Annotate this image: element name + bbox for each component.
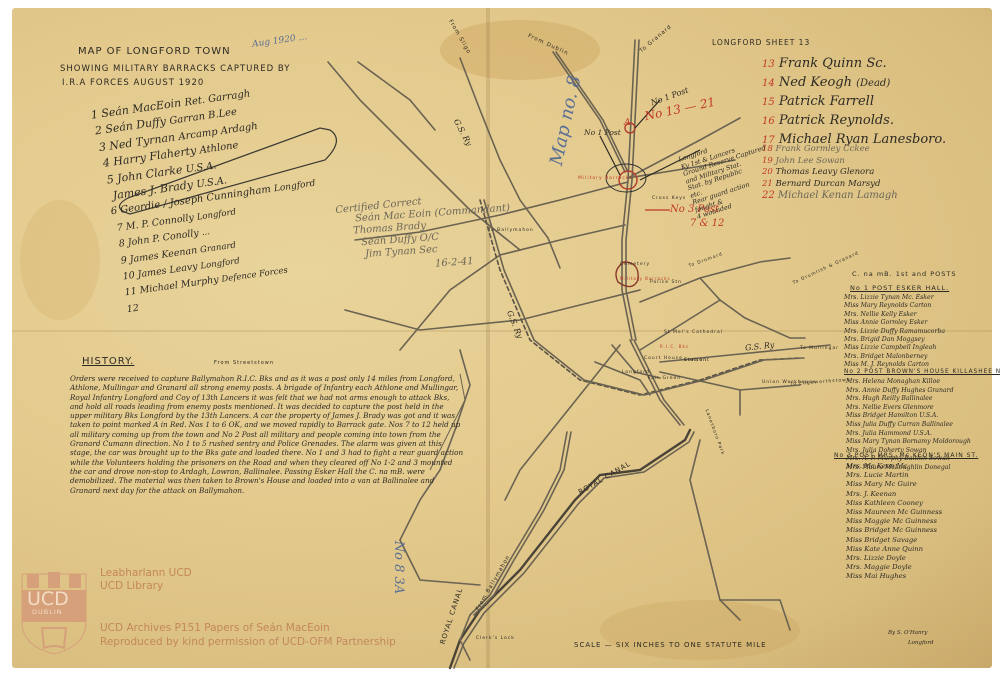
member-item: Miss Mai Hughes <box>846 572 942 581</box>
member-item: Miss Mary Tynan Bornamy Moldorough <box>846 438 971 447</box>
label-cemetery: Cemetery <box>620 262 650 267</box>
label-military-barracks: Military Barracks <box>578 176 633 181</box>
member-item: Mrs. Bridget Malonberney <box>844 353 945 361</box>
member-item: Miss Julia Duffy Curran Ballinalee <box>846 421 971 430</box>
member-item: Miss Bridget Mc Guinness <box>846 526 942 535</box>
member-item: Mrs. Lizzie Tynan Mc. Esker <box>844 294 945 302</box>
label-point-a: A <box>624 118 631 128</box>
roster-right-faint: 18 Frank Gormley Cckee 19 John Lee Sowan… <box>762 144 898 202</box>
post1-members: Mrs. Lizzie Tynan Mc. Esker Miss Mary Re… <box>844 294 945 370</box>
roster-row: 14 Ned Keogh (Dead) <box>762 74 946 93</box>
post3-members: Mrs. Mc Keon Mc Mrs. Lucie Martin Miss M… <box>846 462 942 582</box>
label-court-house: Court House <box>644 356 683 361</box>
sheet-label: LONGFORD SHEET 13 <box>712 38 810 47</box>
member-item: Mrs. Nellie Kelly Esker <box>844 311 945 319</box>
member-item: Mrs. J. Keenan <box>846 490 942 499</box>
member-item: Mrs. Lizzie Duffy Ramamucorba <box>844 328 945 336</box>
certification-block: Certified Correct Seán Mac Eoin (Command… <box>335 196 510 268</box>
history-text: Orders were received to capture Ballymah… <box>70 374 465 495</box>
member-item: Mrs. Julia Hammond U.S.A. <box>846 430 971 439</box>
roster-right: 13 Frank Quinn Sc. 14 Ned Keogh (Dead) 1… <box>762 55 946 150</box>
label-cross-keys: Cross Keys <box>652 196 686 201</box>
member-item: Mrs. Mc Keon Mc <box>846 462 942 471</box>
member-item: Miss Bridget Savage <box>846 536 942 545</box>
history-side-label: From Streetstown <box>214 360 274 366</box>
label-to-mullingar: To Mullingar <box>800 346 839 351</box>
signature-line-2: Longford <box>908 640 934 646</box>
member-item: Mrs. Lucie Martin <box>846 471 942 480</box>
credit-library-irish: Leabharlann UCD <box>100 567 192 579</box>
map-title: MAP OF LONGFORD TOWN <box>78 46 231 57</box>
history-heading: HISTORY. <box>82 356 134 367</box>
credit-archive-line: UCD Archives P151 Papers of Seán MacEoin <box>100 622 330 634</box>
label-to-ballymahon: To Ballymahon <box>488 228 534 233</box>
label-fair-green: Fair Green <box>648 376 681 381</box>
roster-left: 1 Seán MacEoin Ret. Garragh 2 Seán Duffy… <box>90 92 316 304</box>
member-item: Mrs. Nellie Evers Glenmore <box>846 404 971 413</box>
label-convent: Convent <box>684 358 710 363</box>
member-item: Miss Mary Mc Guire <box>846 480 942 489</box>
label-police: Police Stn <box>650 280 682 285</box>
label-st-mels: St Mel's Cathedral <box>664 330 723 335</box>
member-item: Miss Mary Reynolds Carton <box>844 302 945 310</box>
label-union-workhouse: Union Workhouse <box>762 380 816 385</box>
member-item: Mrs. Annie Duffy Hughes Granard <box>846 387 971 396</box>
credit-library-english: UCD Library <box>100 580 163 592</box>
roster-row: 19 John Lee Sowan <box>762 156 898 168</box>
cumann-title: C. na mB. 1st and POSTS <box>852 270 956 278</box>
post2-heading: No 2 POST BROWN'S HOUSE KILLASHEE No 4 <box>844 369 1000 375</box>
member-item: Miss Kathleen Cooney <box>846 499 942 508</box>
roster-row: 13 Frank Quinn Sc. <box>762 55 946 74</box>
member-item: Mrs. Brigid Dan Moggsey <box>844 336 945 344</box>
post3-heading: No 3 POST MRS. Mc KEON'S MAIN ST. <box>834 452 978 459</box>
road-from-ballymahon <box>470 432 567 615</box>
member-item: Miss Bridget Hamilton U.S.A. <box>846 412 971 421</box>
roster-row: 18 Frank Gormley Cckee <box>762 144 898 156</box>
credit-permission-line: Reproduced by kind permission of UCD-OFM… <box>100 636 396 648</box>
label-longford: Longford <box>622 370 650 375</box>
roster-row: 22 Michael Kenan Lamagh <box>762 190 898 202</box>
label-clerks-lock: Clerk's Lock <box>476 636 515 641</box>
roster-row: 21 Bernard Durcan Marsyd <box>762 179 898 191</box>
member-item: Mrs. Helena Monaghan Killoe <box>846 378 971 387</box>
member-item: Mrs. Maggie Doyle <box>846 563 942 572</box>
logo-text-dublin: DUBLIN <box>32 608 63 616</box>
scale-label: SCALE — SIX INCHES TO ONE STATUTE MILE <box>574 641 767 649</box>
member-item: Miss Kate Anne Quinn <box>846 545 942 554</box>
signature-line-1: By S. O'Hanry <box>888 630 927 636</box>
roster-row: 16 Patrick Reynolds. <box>762 112 946 131</box>
member-item: Miss Lizzie Campbell Ingleah <box>844 344 945 352</box>
roster-row: 15 Patrick Farrell <box>762 93 946 112</box>
label-no1-post-lower: No 1 Post <box>584 128 621 137</box>
label-ric-barracks: R.I.C. Bks <box>660 344 689 349</box>
member-item: Miss Maggie Mc Guinness <box>846 517 942 526</box>
logo-text-ucd: UCD <box>27 588 69 610</box>
member-item: Miss Maureen Mc Guinness <box>846 508 942 517</box>
member-item: Mrs. Lizzie Doyle <box>846 554 942 563</box>
archive-number: No 8 3A <box>391 541 406 594</box>
label-no3-post-range: 7 & 12 <box>690 218 724 229</box>
member-item: Mrs. Hugh Reilly Ballinalee <box>846 395 971 404</box>
map-subtitle-2: I.R.A FORCES AUGUST 1920 <box>62 78 204 88</box>
roster-row: 20 Thomas Leavy Glenora <box>762 167 898 179</box>
member-item: Miss Annie Gormley Esker <box>844 319 945 327</box>
post1-heading: No 1 POST ESKER HALL. <box>850 284 949 292</box>
map-subtitle-1: SHOWING MILITARY BARRACKS CAPTURED BY <box>60 64 290 74</box>
